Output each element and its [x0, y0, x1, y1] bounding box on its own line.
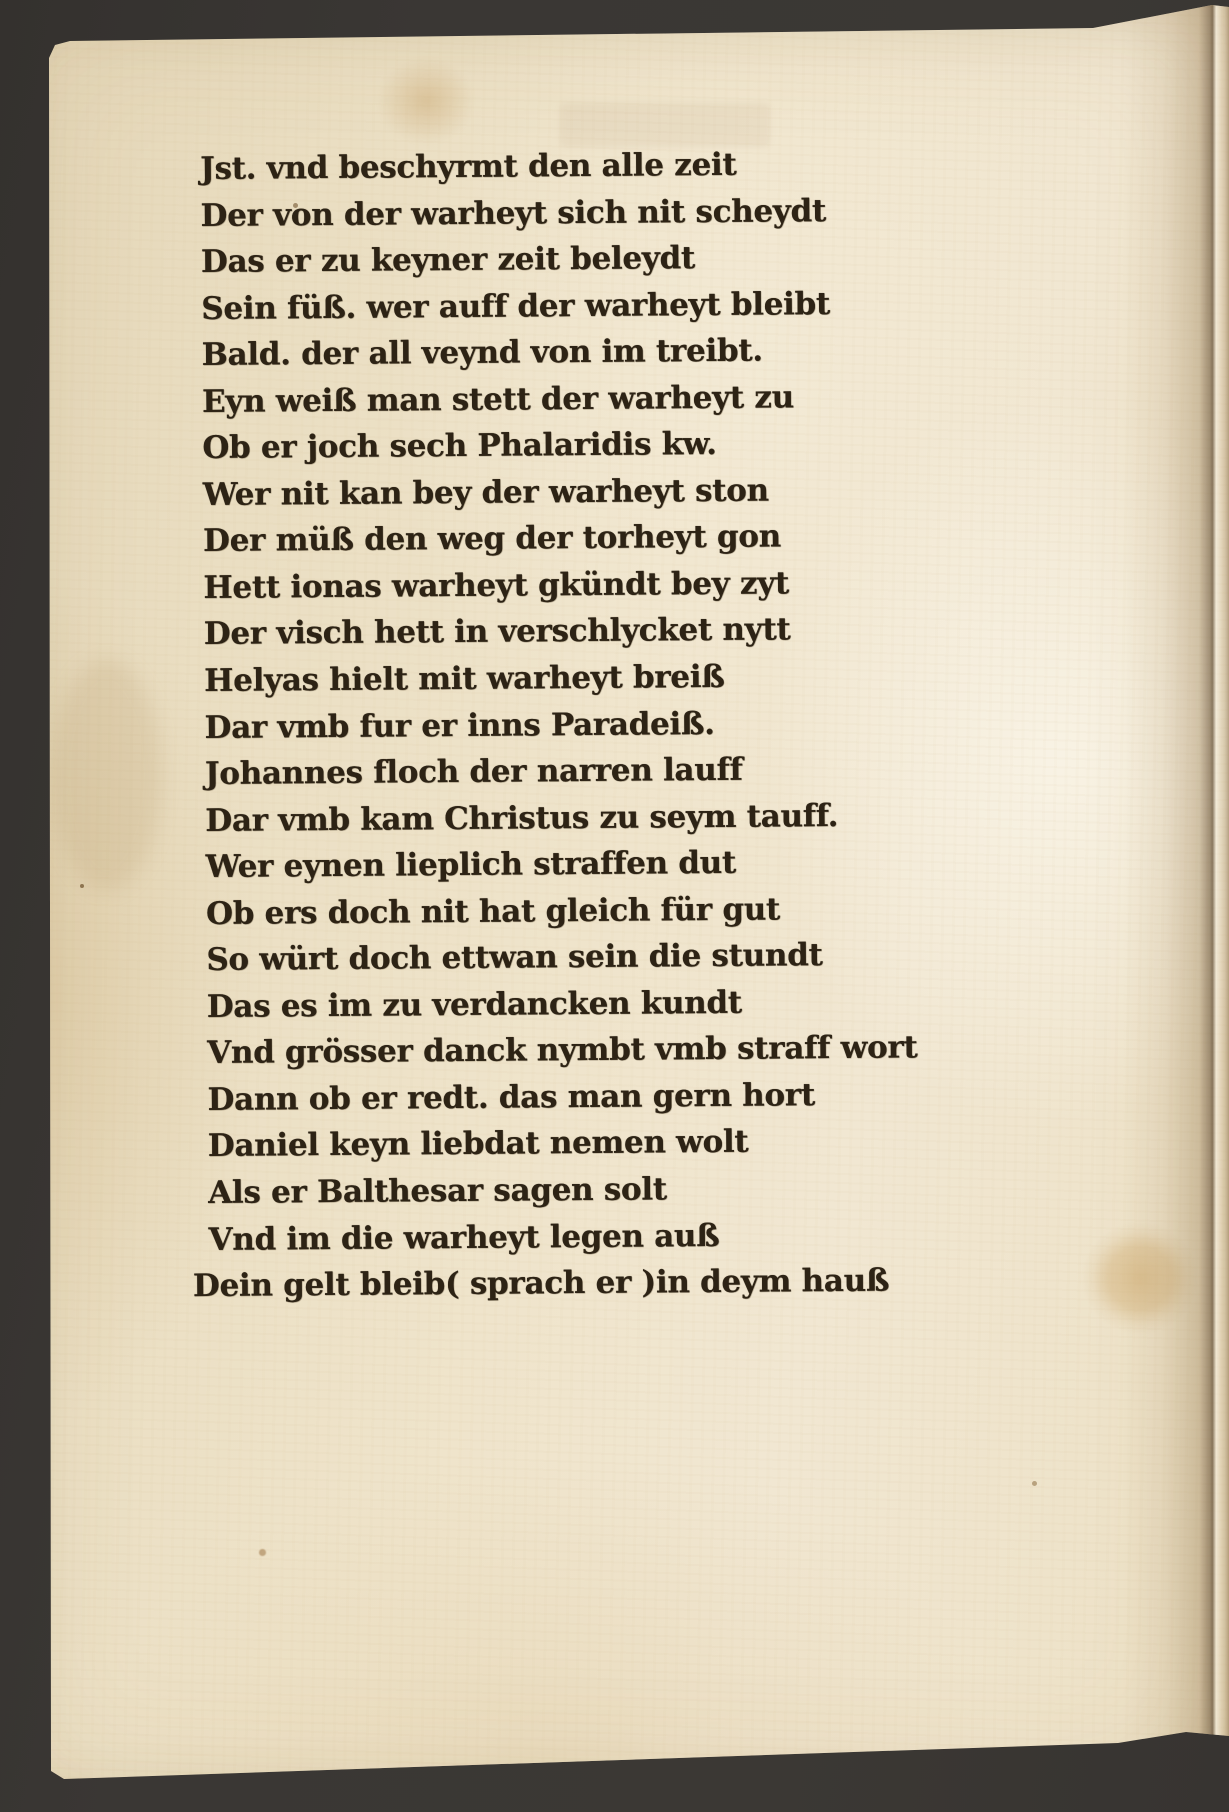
verse-text-block: Jst. vnd beschyrmt den alle zeit Der von… — [200, 140, 919, 1309]
verse-line: Wer eynen lieplich straffen dut — [205, 839, 916, 891]
verse-line: Dar vmb kam Christus zu seym tauff. — [205, 792, 916, 844]
verse-line: Johannes floch der narren lauff — [205, 746, 916, 798]
paper-speck — [80, 884, 84, 888]
verse-line: Jst. vnd beschyrmt den alle zeit — [200, 140, 911, 192]
verse-line: Ob er joch sech Phalaridis kw. — [202, 420, 913, 472]
verse-line: Dein gelt bleib( sprach er )in deym hauß — [193, 1258, 920, 1310]
page-gutter-crease — [1122, 0, 1229, 1812]
verse-line: Daniel keyn liebdat nemen wolt — [208, 1118, 919, 1170]
verse-line: Der müß den weg der torheyt gon — [203, 513, 914, 565]
stain — [378, 58, 474, 144]
verse-line: Bald. der all veynd von im treibt. — [201, 327, 912, 379]
verse-line: Eyn weiß man stett der warheyt zu — [202, 373, 913, 425]
verse-line: Hett ionas warheyt gkündt bey zyt — [203, 559, 914, 611]
verse-line: So würt doch ettwan sein die stundt — [206, 932, 917, 984]
verse-line: Wer nit kan bey der warheyt ston — [203, 466, 914, 518]
stain — [52, 660, 162, 890]
verse-line: Dar vmb fur er inns Paradeiß. — [204, 699, 915, 751]
verse-line: Vnd grösser danck nymbt vmb straff wort — [207, 1025, 918, 1077]
book-page: Jst. vnd beschyrmt den alle zeit Der von… — [0, 0, 1229, 1812]
verse-line: Das es im zu verdancken kundt — [207, 978, 918, 1030]
verse-line: Sein füß. wer auff der warheyt bleibt — [201, 280, 912, 332]
scan-background: Jst. vnd beschyrmt den alle zeit Der von… — [0, 0, 1229, 1812]
verse-line: Vnd im die warheyt legen auß — [208, 1211, 919, 1263]
verse-line: Das er zu keyner zeit beleydt — [201, 234, 912, 286]
verse-line: Ob ers doch nit hat gleich für gut — [206, 885, 917, 937]
verse-line: Als er Balthesar sagen solt — [208, 1164, 919, 1216]
ink-showthrough — [560, 103, 770, 147]
verse-line: Der visch hett in verschlycket nytt — [204, 606, 915, 658]
paper-speck — [259, 1549, 266, 1556]
verse-line: Helyas hielt mit warheyt breiß — [204, 652, 915, 704]
verse-line: Dann ob er redt. das man gern hort — [207, 1071, 918, 1123]
paper-speck — [1032, 1481, 1037, 1486]
verse-line: Der von der warheyt sich nit scheydt — [200, 187, 911, 239]
